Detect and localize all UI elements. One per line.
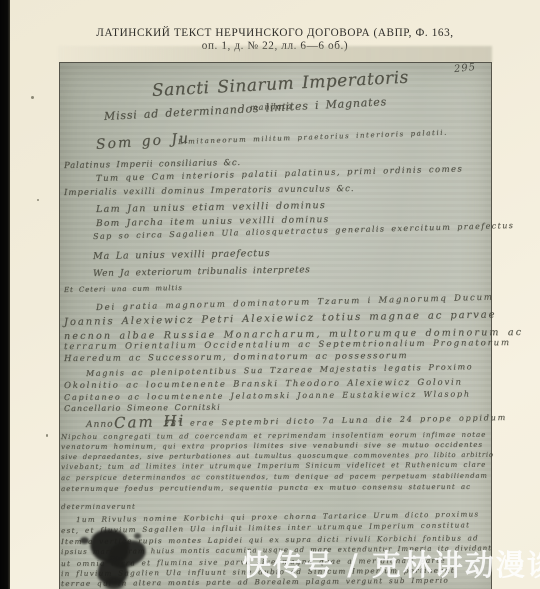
- manuscript-line: Capitaneo ac locumtenente Jelatomski Joa…: [64, 389, 471, 402]
- manuscript-line: venatorum hominum, qui extra proprios li…: [61, 441, 483, 451]
- scan-left-edge: [0, 0, 10, 589]
- manuscript-line: Ma La unius vexilli praefectus: [93, 248, 271, 262]
- manuscript-line: Imperialis vexilli dominus Imperatoris a…: [64, 184, 355, 198]
- manuscript-line: determinaverunt: [61, 503, 136, 511]
- book-page-scan: ЛАТИНСКИЙ ТЕКСТ НЕРЧИНСКОГО ДОГОВОРА (АВ…: [0, 0, 540, 589]
- manuscript-line: Magnis ac plenipotentibus Sua Tzareae Ma…: [86, 362, 473, 378]
- paper-speck: [31, 96, 34, 99]
- paper-speck: [46, 434, 48, 437]
- ink-blot: [104, 577, 124, 589]
- watermark-text: 快传号 / 克林讲动漫谈: [242, 551, 540, 580]
- manuscript-line: Joannis Alexiewicz Petri Alexiewicz toti…: [64, 309, 497, 328]
- caption-line-1: ЛАТИНСКИЙ ТЕКСТ НЕРЧИНСКОГО ДОГОВОРА (АВ…: [20, 27, 530, 40]
- manuscript-line: aeternumque foedus percutiendum, sequent…: [61, 483, 471, 493]
- photo-top-shadow: [58, 46, 492, 63]
- manuscript-line: Lam Jan unius etiam vexilli dominus: [96, 200, 326, 215]
- manuscript-line: Haeredum ac Successorum, dominatorum ac …: [64, 351, 408, 364]
- manuscript-line: Okolnitio ac locumtenente Branski Theodo…: [64, 378, 463, 391]
- manuscript-line: Et Ceteri una cum multis: [64, 284, 183, 294]
- ink-blot-satellite: [134, 533, 141, 539]
- manuscript-photo: 295 Sancti Sinarum ImperatorismandataMis…: [59, 62, 492, 589]
- manuscript-line: Palatinus Imperii consiliarius &c.: [64, 158, 241, 171]
- ink-blot-satellite: [80, 537, 89, 544]
- manuscript-line: 28° erae Septembri dicto 7a Luna die 24 …: [164, 413, 507, 428]
- manuscript-line: Nipchou congregati tum ad coercendam et …: [61, 431, 486, 441]
- manuscript-line: Wen Ja exteriorum tribunalis interpretes: [93, 265, 311, 279]
- manuscript-line: Missi ad determinandos limites i Magnate…: [104, 95, 388, 123]
- manuscript-line: sive depraedantes, sive perturbationes a…: [61, 451, 494, 461]
- paper-speck: [37, 199, 39, 201]
- manuscript-line: vivebant; tum ad limites inter utrumque …: [61, 461, 486, 471]
- manuscript-line: Som go Ju: [95, 130, 190, 153]
- manuscript-line: Limitaneorum militum praetorius interior…: [178, 129, 448, 146]
- manuscript-line: Anno: [86, 420, 114, 430]
- manuscript-line: Cancellario Simeone Cornitski: [64, 403, 221, 413]
- manuscript-line: ac perspicue determinandos ac constituen…: [61, 472, 488, 482]
- manuscript-lines: Sancti Sinarum ImperatorismandataMissi a…: [60, 63, 491, 589]
